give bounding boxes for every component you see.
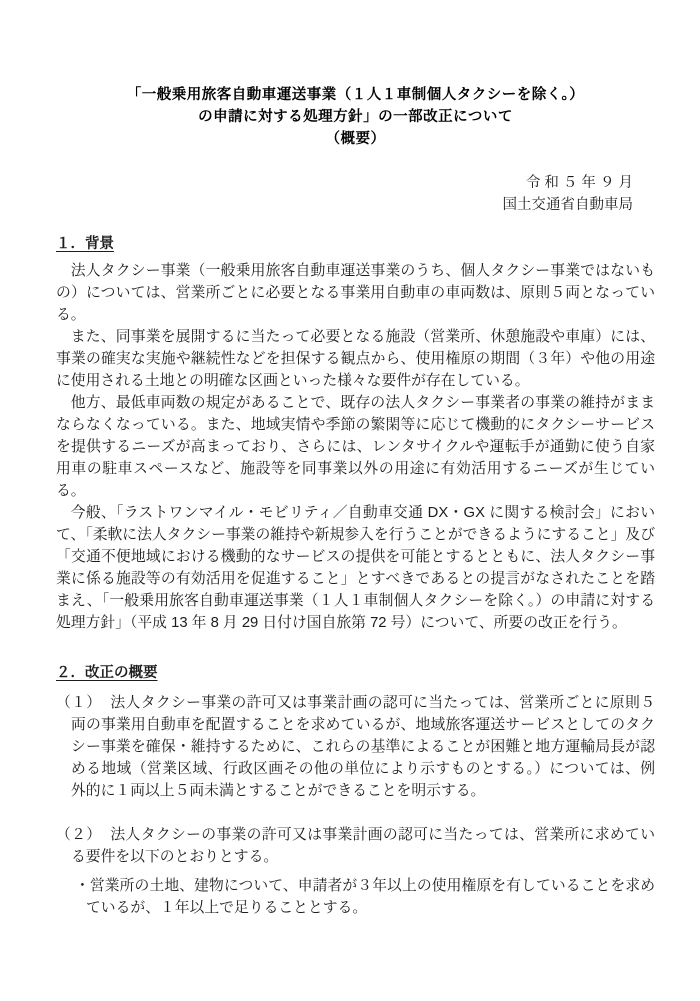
- section-overview: ２．改正の概要 （１）法人タクシー事業の許可又は事業計画の認可に当たっては、営業…: [56, 662, 655, 919]
- background-paragraph-4: 今般、「ラストワンマイル・モビリティ／自動車交通 DX・GX に関する検討会」に…: [56, 502, 655, 634]
- numbered-item-2-bullet: ・営業所の土地、建物について、申請者が３年以上の使用権原を有していることを求めて…: [56, 875, 655, 919]
- section-background-body: 法人タクシー事業（一般乗用旅客自動車運送事業のうち、個人タクシー事業ではないもの…: [56, 260, 655, 634]
- background-paragraph-3: 他方、最低車両数の規定があることで、既存の法人タクシー事業者の事業の維持がままな…: [56, 392, 655, 502]
- document-page: 「一般乗用旅客自動車運送事業（１人１車制個人タクシーを除く。） の申請に対する処…: [0, 0, 700, 1001]
- numbered-item-1: （１）法人タクシー事業の許可又は事業計画の認可に当たっては、営業所ごとに原則５両…: [56, 692, 655, 802]
- numbered-item-2-label: （２）: [56, 827, 101, 843]
- section-overview-heading: ２．改正の概要: [56, 662, 655, 684]
- background-paragraph-1: 法人タクシー事業（一般乗用旅客自動車運送事業のうち、個人タクシー事業ではないもの…: [56, 260, 655, 326]
- section-overview-body: （１）法人タクシー事業の許可又は事業計画の認可に当たっては、営業所ごとに原則５両…: [56, 692, 655, 919]
- numbered-item-1-text: 法人タクシー事業の許可又は事業計画の認可に当たっては、営業所ごとに原則５両の事業…: [71, 695, 655, 799]
- document-title: 「一般乗用旅客自動車運送事業（１人１車制個人タクシーを除く。） の申請に対する処…: [56, 84, 655, 150]
- document-author: 国土交通省自動車局: [56, 194, 633, 216]
- section-background: １．背景 法人タクシー事業（一般乗用旅客自動車運送事業のうち、個人タクシー事業で…: [56, 233, 655, 634]
- section-background-heading: １．背景: [56, 233, 655, 255]
- document-date: 令 和 ５ 年 ９ 月: [56, 172, 633, 194]
- title-line-3: （概要）: [56, 128, 655, 150]
- numbered-item-2-text: 法人タクシーの事業の許可又は事業計画の認可に当たっては、営業所に求めている要件を…: [71, 827, 655, 865]
- title-line-1: 「一般乗用旅客自動車運送事業（１人１車制個人タクシーを除く。）: [56, 84, 655, 106]
- title-line-2: の申請に対する処理方針」の一部改正について: [56, 106, 655, 128]
- numbered-item-2: （２）法人タクシーの事業の許可又は事業計画の認可に当たっては、営業所に求めている…: [56, 824, 655, 868]
- byline-block: 令 和 ５ 年 ９ 月 国土交通省自動車局: [56, 172, 655, 216]
- numbered-item-1-label: （１）: [56, 695, 101, 711]
- background-paragraph-2: また、同事業を展開するに当たって必要となる施設（営業所、休憩施設や車庫）には、事…: [56, 326, 655, 392]
